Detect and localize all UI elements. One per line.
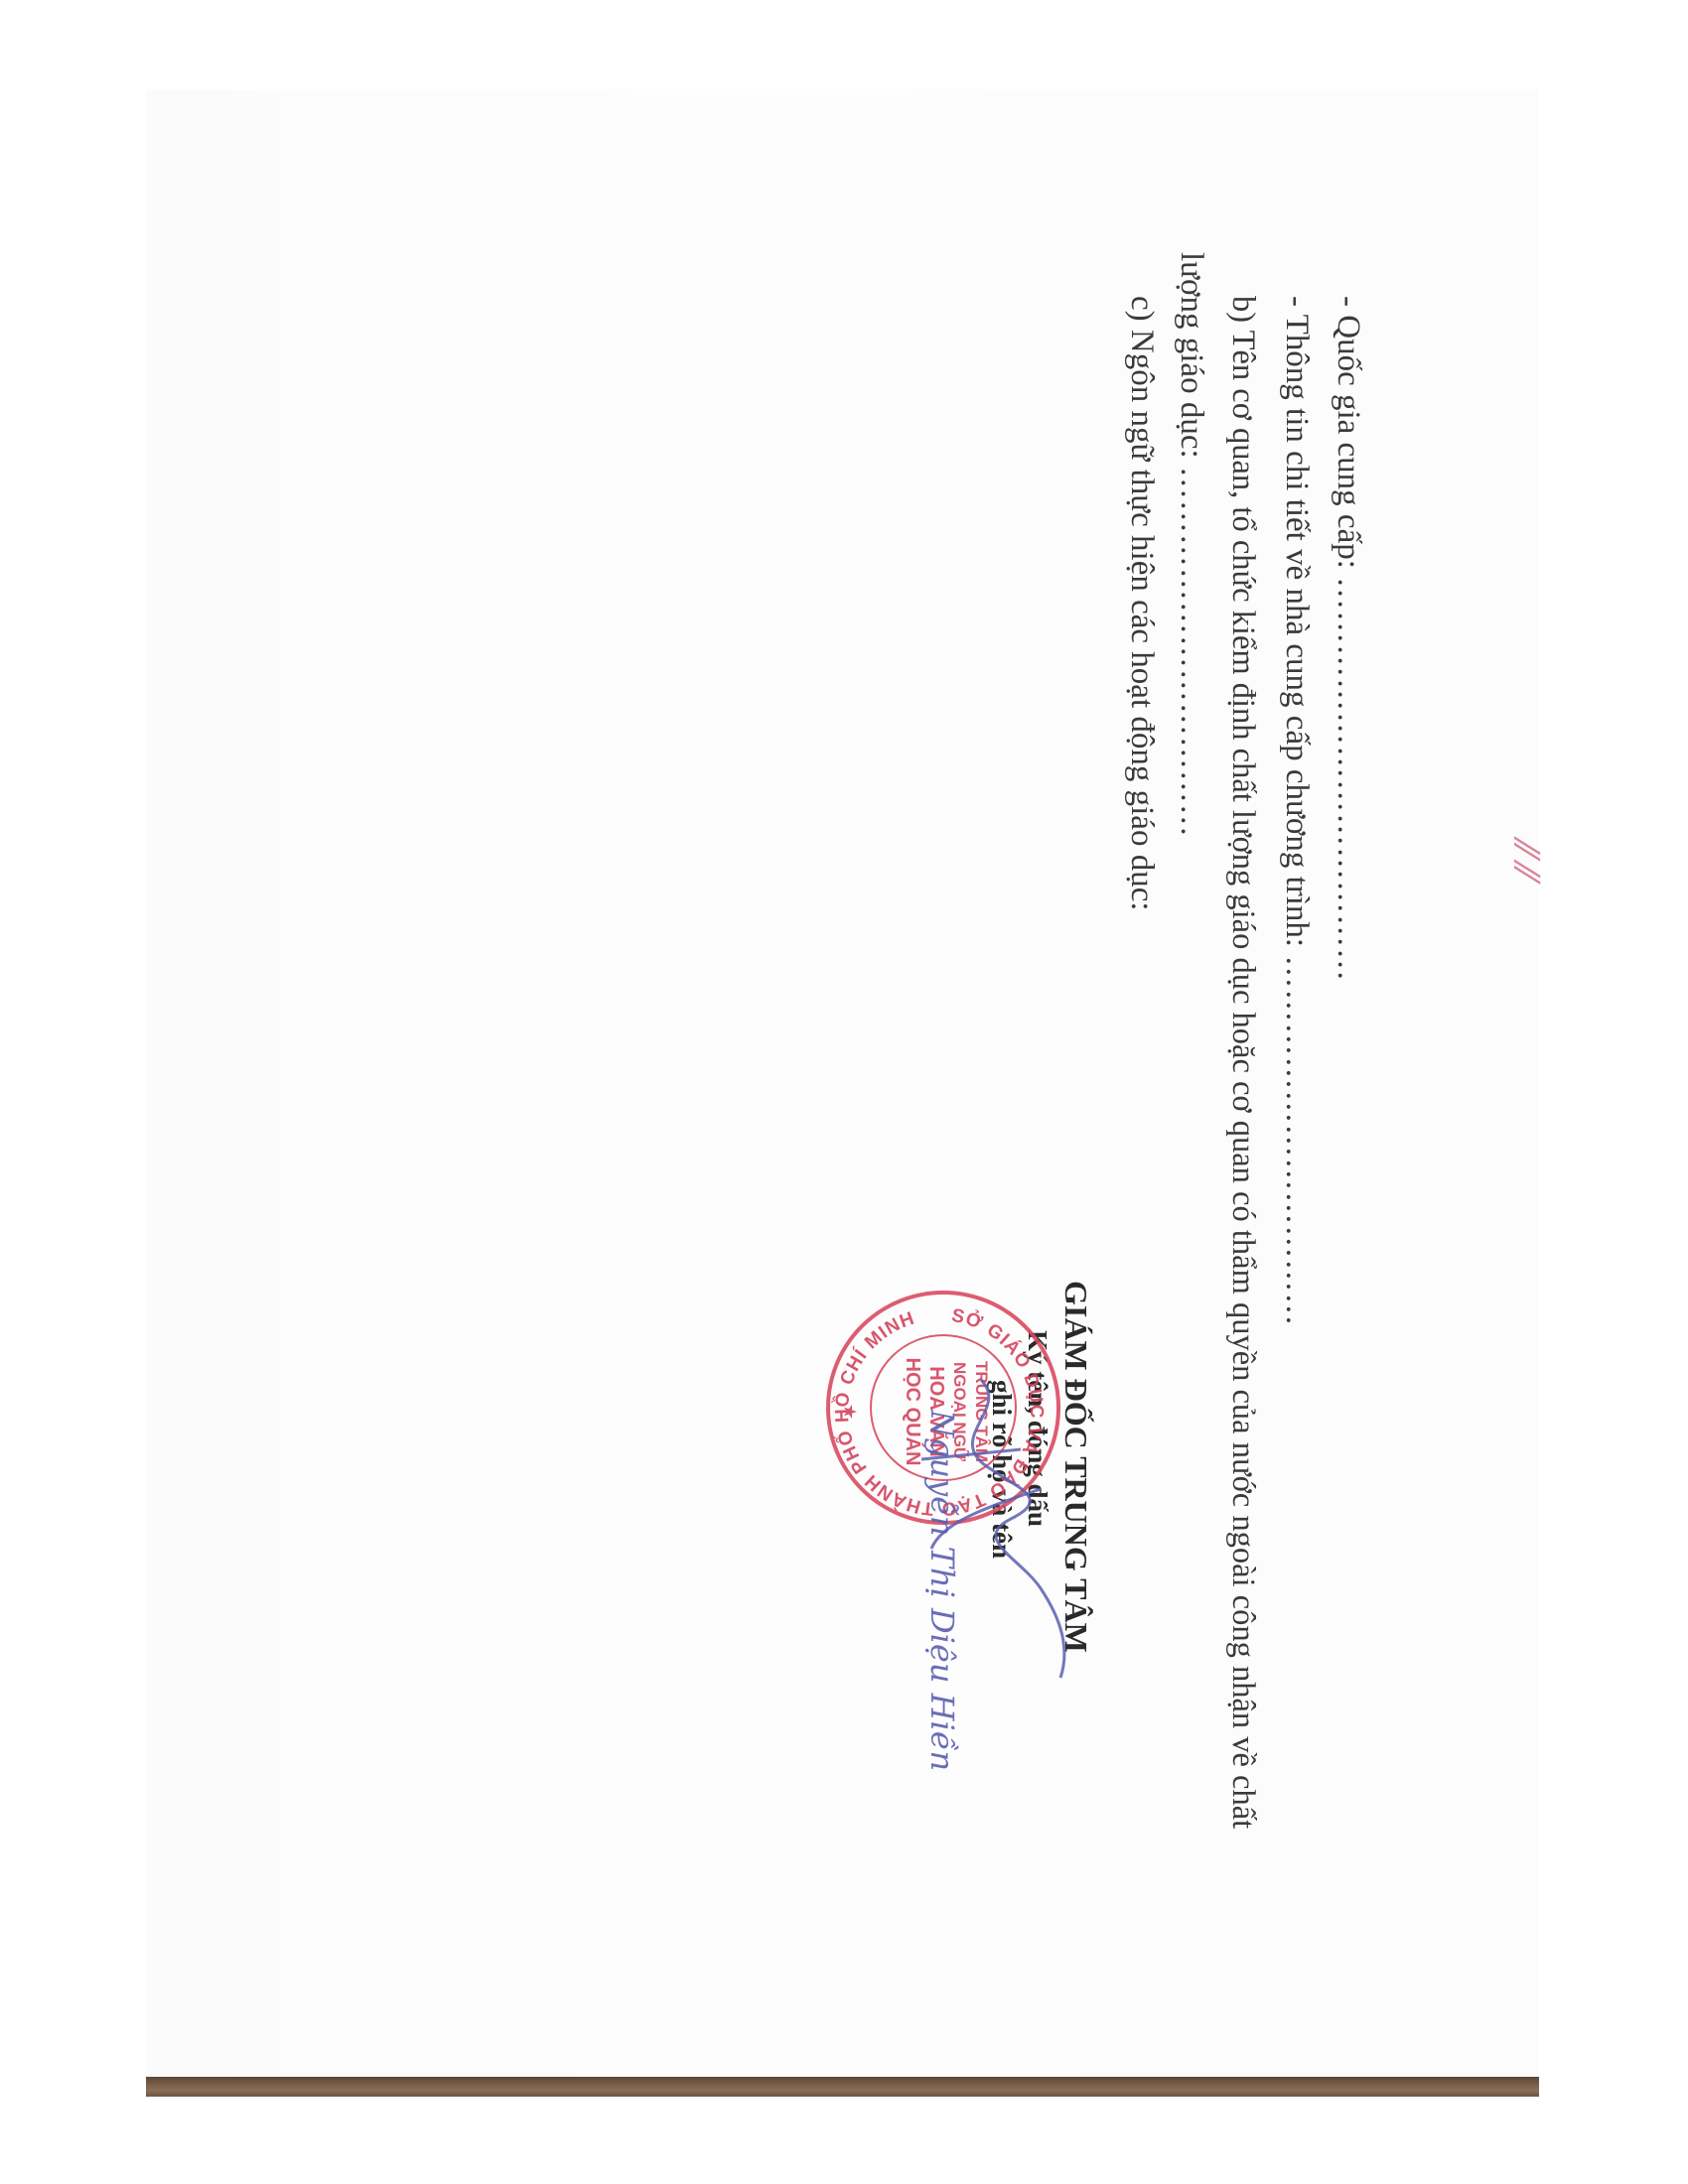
line-provider-label: - Thông tin chi tiết về nhà cung cấp chư… [1279, 296, 1315, 947]
line-provider-info: - Thông tin chi tiết về nhà cung cấp chư… [1277, 296, 1317, 1326]
line-country-fill: ……………………………… [1331, 577, 1366, 982]
signature-scribble [832, 1350, 1130, 1688]
line-language: c) Ngôn ngữ thực hiện các hoạt động giáo… [1122, 296, 1162, 911]
line-country: - Quốc gia cung cấp: ……………………………… [1329, 296, 1368, 982]
line-provider-fill: …………………………… [1279, 955, 1315, 1326]
line-language-label: c) Ngôn ngữ thực hiện các hoạt động giáo… [1124, 296, 1160, 911]
line-country-label: - Quốc gia cung cấp: [1331, 296, 1366, 569]
line-accreditation-cont-label: lượng giáo dục: [1174, 252, 1209, 459]
line-accreditation-cont: lượng giáo dục: …………………………… [1172, 252, 1211, 838]
red-mark: ∕∕ ⁄⁄ [1504, 844, 1547, 880]
handwritten-name: Nguyễn Thị Diệu Hiền [923, 1410, 961, 1771]
line-accreditation-label: b) Tên cơ quan, tổ chức kiểm định chất l… [1225, 296, 1261, 1829]
line-accreditation: b) Tên cơ quan, tổ chức kiểm định chất l… [1223, 296, 1263, 1829]
line-accreditation-cont-fill: …………………………… [1174, 467, 1209, 838]
rotated-document-content: ∕∕ ⁄⁄ - Quốc gia cung cấp: ……………………………… … [0, 0, 1368, 2184]
